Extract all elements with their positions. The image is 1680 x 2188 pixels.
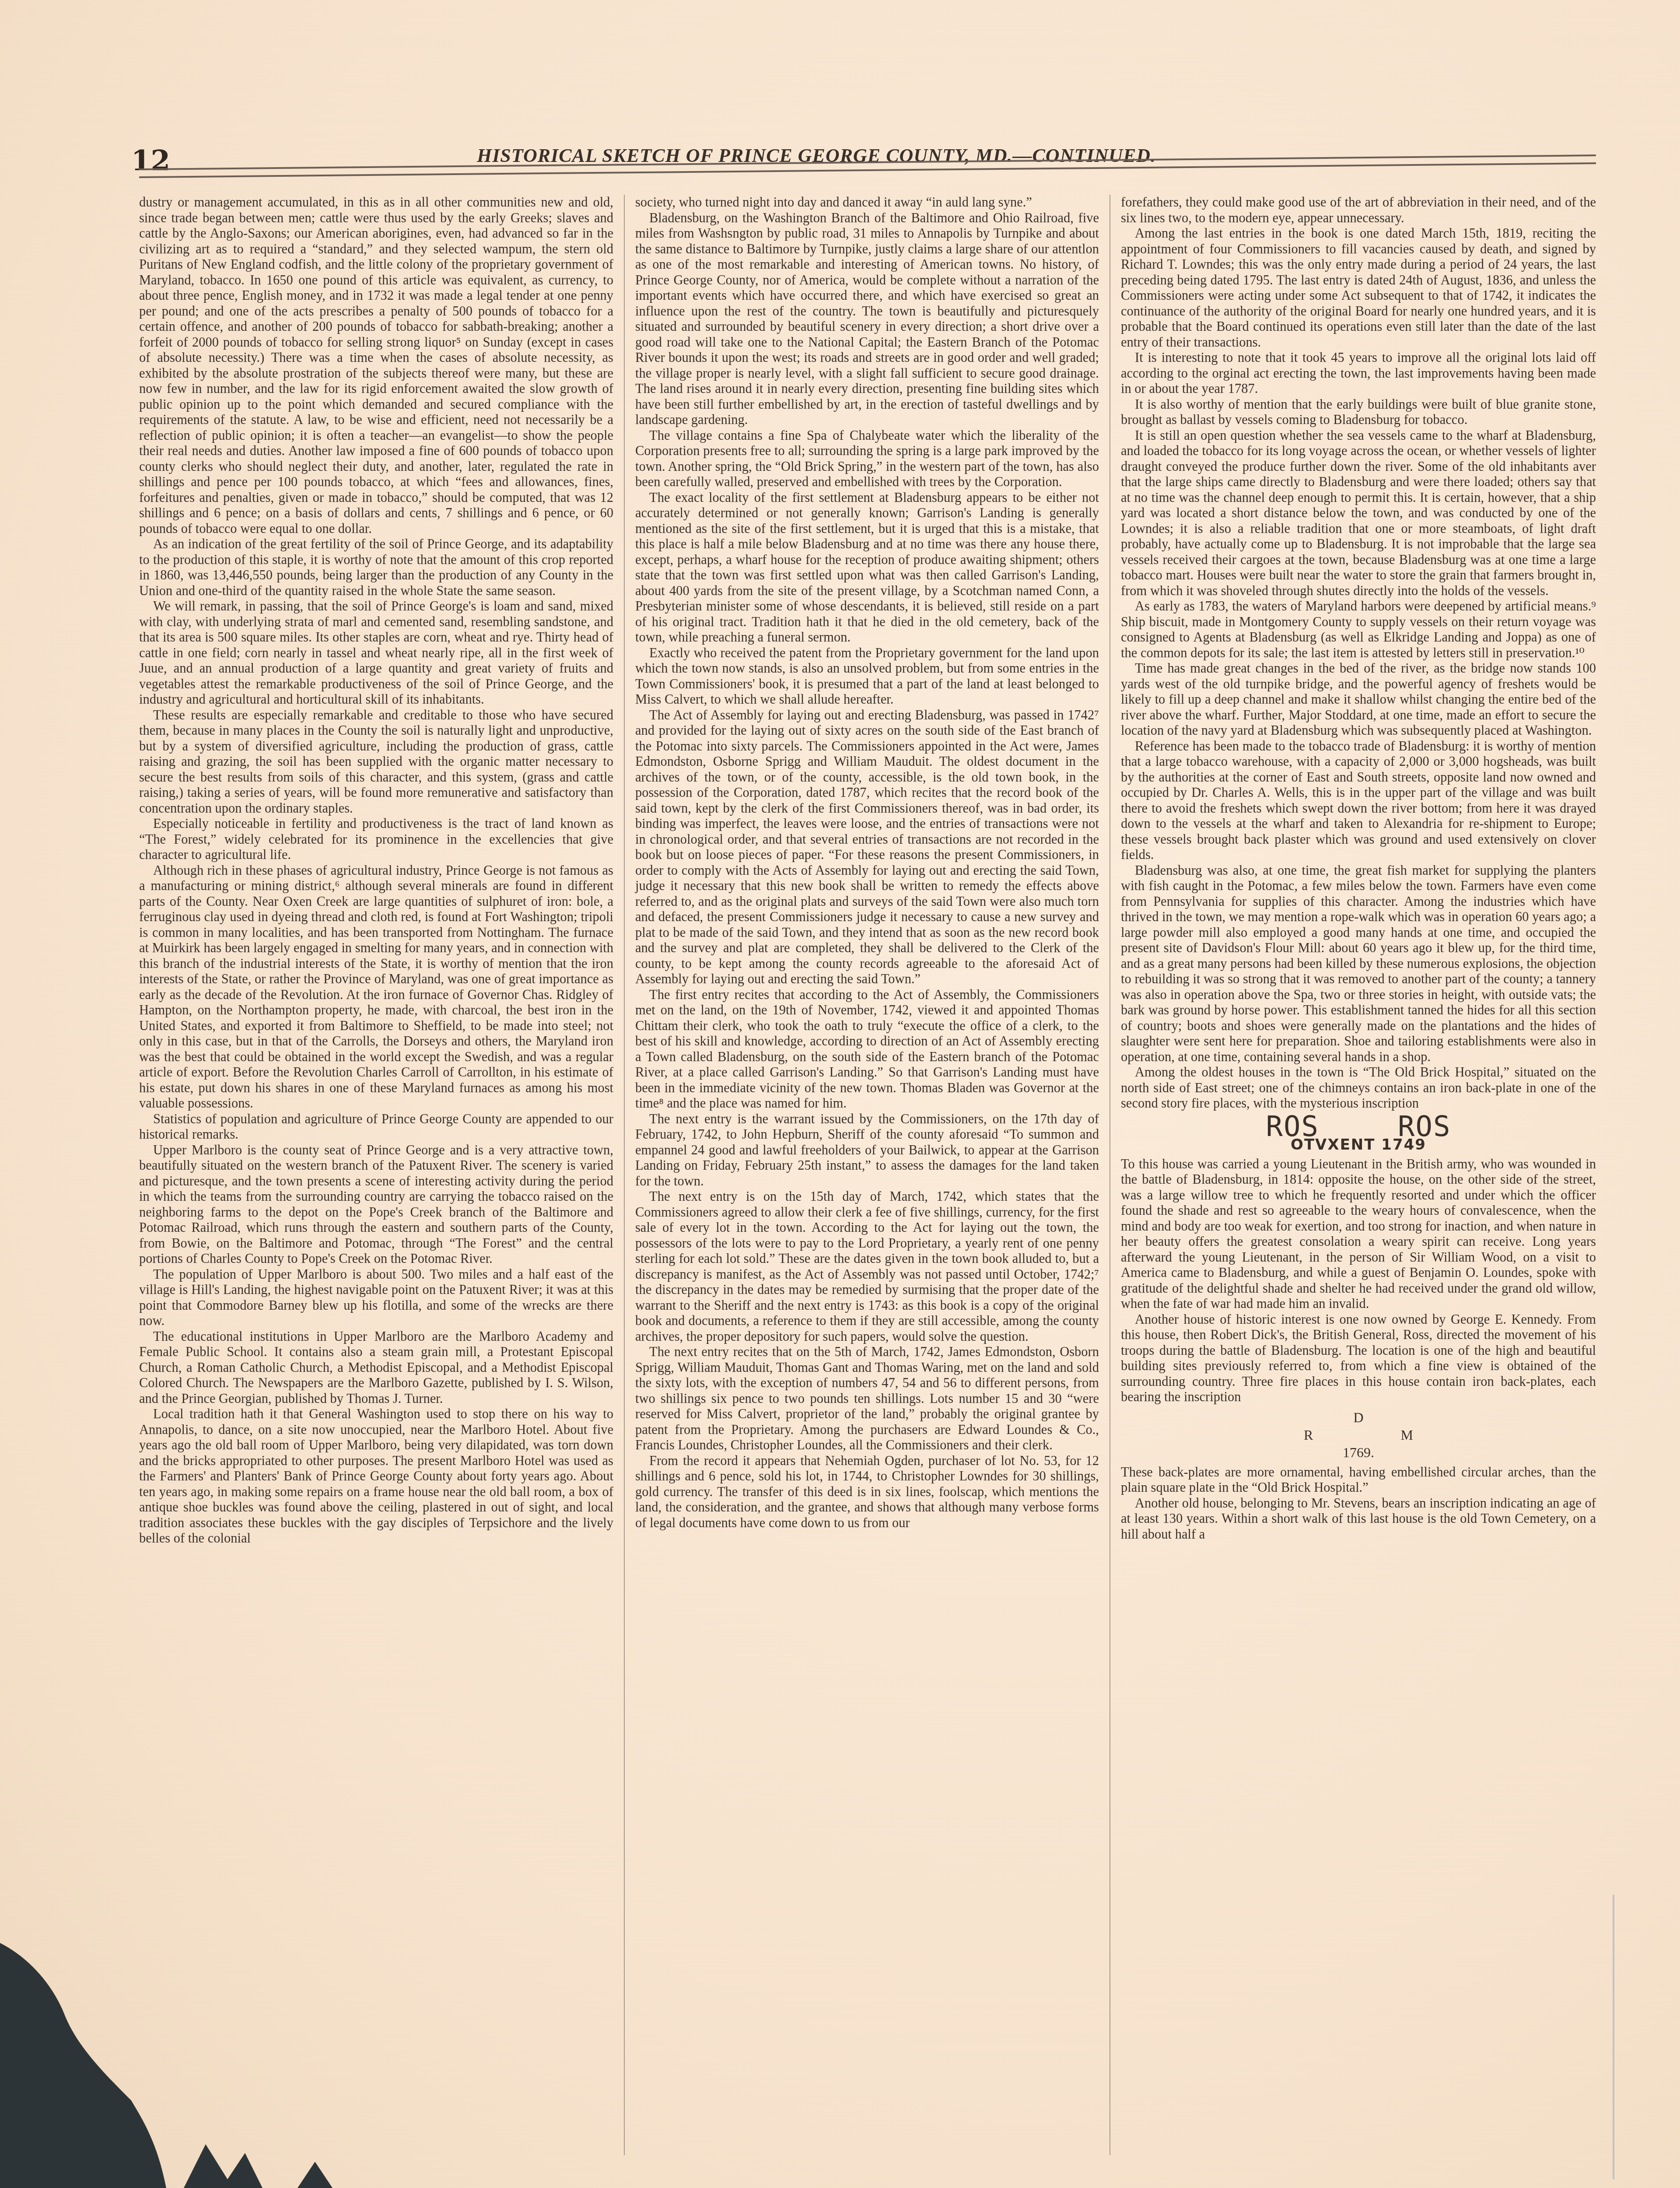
- paragraph: It is also worthy of mention that the ea…: [1121, 397, 1596, 428]
- paragraph: Reference has been made to the tobacco t…: [1121, 739, 1596, 863]
- torn-paper-corner: [0, 1917, 359, 2188]
- hospital-backplate-inscription: ROS ROS: [1121, 1119, 1596, 1135]
- paragraph: The population of Upper Marlboro is abou…: [139, 1267, 613, 1329]
- paragraph: These back-plates are more ornamental, h…: [1121, 1465, 1596, 1496]
- paragraph: The next entry recites that on the 5th o…: [635, 1344, 1099, 1453]
- inscription-subline: OTVXENT 1749: [1121, 1137, 1596, 1153]
- column-1: dustry or management accumulated, in thi…: [139, 195, 625, 2155]
- paragraph: society, who turned night into day and d…: [635, 195, 1099, 210]
- inscription-right: ROS: [1398, 1119, 1451, 1135]
- paragraph: We will remark, in passing, that the soi…: [139, 599, 613, 708]
- backplate-left: R: [1304, 1426, 1313, 1444]
- paragraph: Another old house, belonging to Mr. Stev…: [1121, 1496, 1596, 1543]
- column-3: forefathers, they could make good use of…: [1110, 195, 1596, 2155]
- paragraph: The first entry recites that according t…: [635, 987, 1099, 1112]
- paragraph: forefathers, they could make good use of…: [1121, 195, 1596, 226]
- paragraph: Another house of historic interest is on…: [1121, 1312, 1596, 1405]
- paragraph: Among the last entries in the book is on…: [1121, 226, 1596, 350]
- column-2: society, who turned night into day and d…: [625, 195, 1110, 2155]
- newspaper-page: 12 HISTORICAL SKETCH OF PRINCE GEORGE CO…: [0, 0, 1680, 2188]
- paragraph: Statistics of population and agriculture…: [139, 1112, 613, 1143]
- backplate-right: M: [1400, 1426, 1413, 1444]
- kennedy-backplate-inscription: D R M 1769.: [1121, 1409, 1596, 1461]
- paragraph: The next entry is the warrant issued by …: [635, 1112, 1099, 1189]
- paragraph: It is still an open question whether the…: [1121, 428, 1596, 599]
- paragraph: Local tradition hath it that General Was…: [139, 1406, 613, 1546]
- paragraph: Time has made great changes in the bed o…: [1121, 661, 1596, 739]
- paragraph: dustry or management accumulated, in thi…: [139, 195, 613, 536]
- paragraph: The village contains a fine Spa of Chaly…: [635, 428, 1099, 490]
- paragraph: To this house was carried a young Lieute…: [1121, 1157, 1596, 1312]
- paragraph: Among the oldest houses in the town is “…: [1121, 1065, 1596, 1112]
- paper-stain: [1613, 1895, 1614, 2179]
- paragraph: Especially noticeable in fertility and p…: [139, 816, 613, 863]
- paragraph: It is interesting to note that it took 4…: [1121, 350, 1596, 397]
- backplate-year: 1769.: [1121, 1444, 1596, 1461]
- paragraph: The Act of Assembly for laying out and e…: [635, 708, 1099, 987]
- paragraph: As an indication of the great fertility …: [139, 536, 613, 599]
- paragraph: The exact locality of the first settleme…: [635, 490, 1099, 645]
- paragraph: Bladensburg, on the Washington Branch of…: [635, 210, 1099, 428]
- inscription-left: ROS: [1266, 1119, 1319, 1135]
- article-columns: dustry or management accumulated, in thi…: [139, 195, 1596, 2155]
- backplate-top: D: [1121, 1409, 1596, 1426]
- paragraph: Upper Marlboro is the county seat of Pri…: [139, 1143, 613, 1267]
- paragraph: Although rich in these phases of agricul…: [139, 863, 613, 1112]
- paragraph: These results are especially remarkable …: [139, 708, 613, 817]
- paragraph: The next entry is on the 15th day of Mar…: [635, 1189, 1099, 1344]
- paragraph: From the record it appears that Nehemiah…: [635, 1453, 1099, 1531]
- paragraph: Exactly who received the patent from the…: [635, 645, 1099, 708]
- paragraph: Bladensburg was also, at one time, the g…: [1121, 863, 1596, 1065]
- paragraph: As early as 1783, the waters of Maryland…: [1121, 599, 1596, 661]
- paragraph: The educational institutions in Upper Ma…: [139, 1329, 613, 1407]
